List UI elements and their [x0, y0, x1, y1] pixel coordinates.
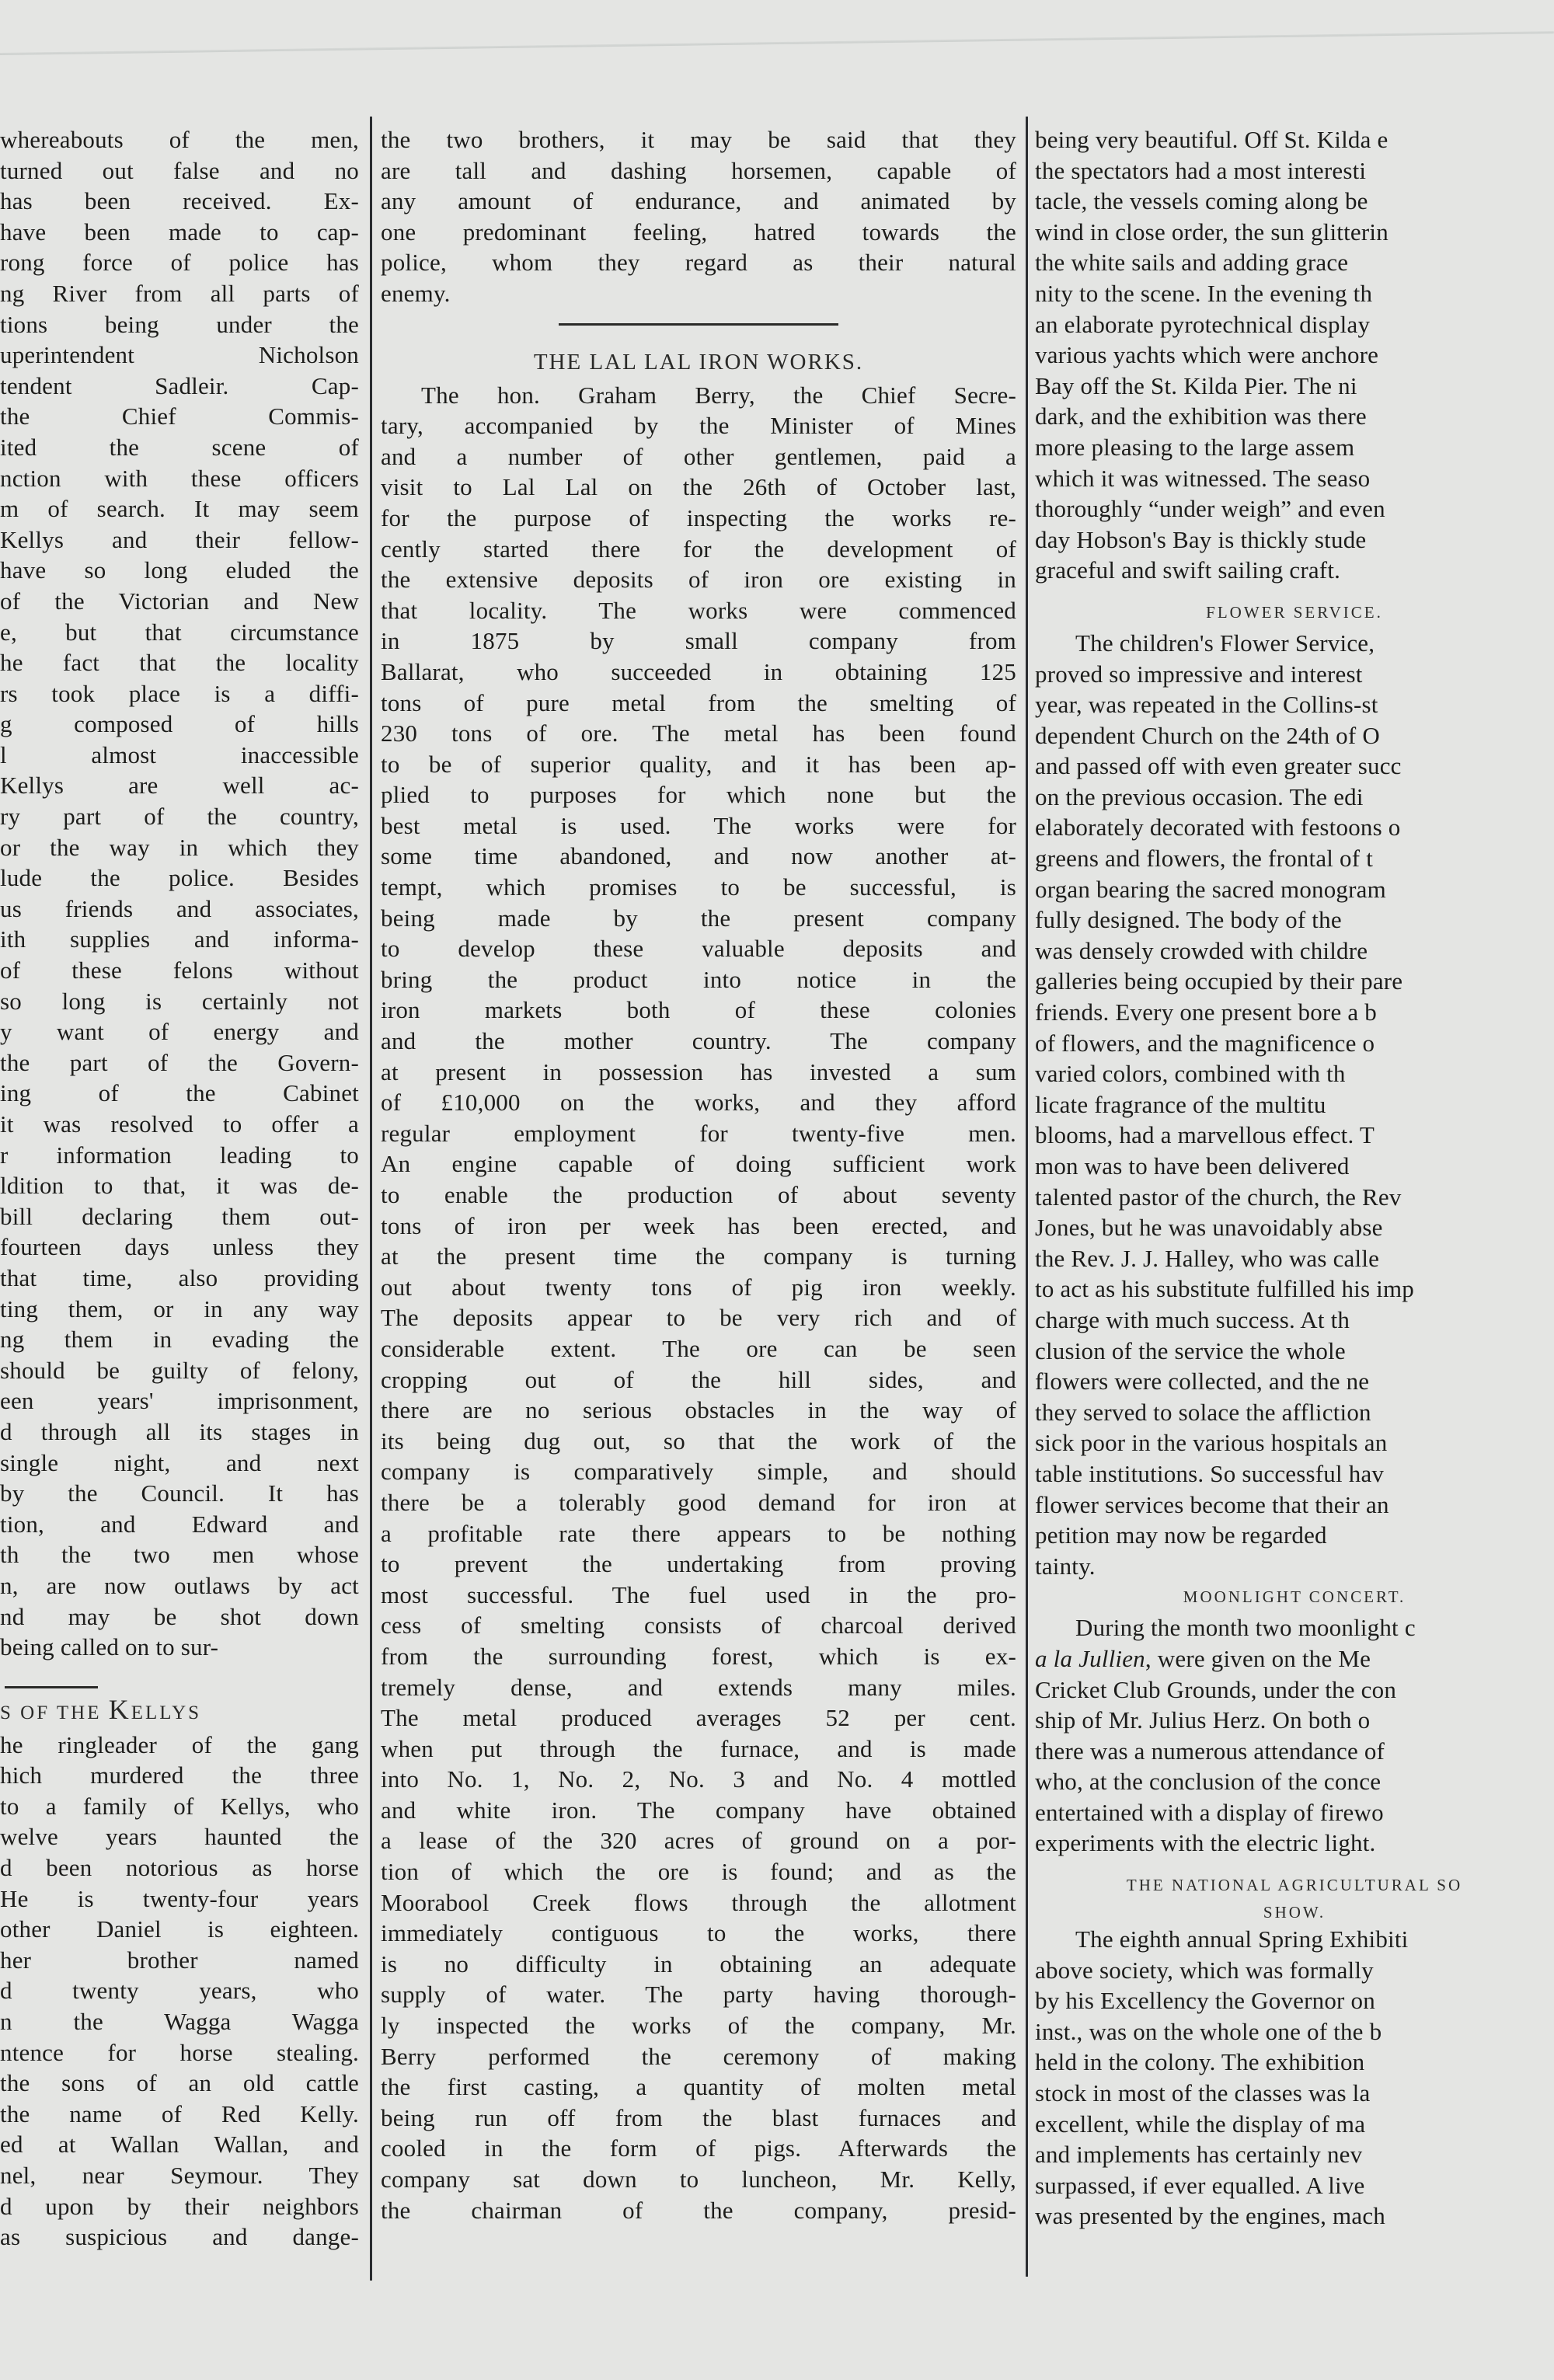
article-line: talented pastor of the church, the Rev [1035, 1182, 1554, 1213]
column-divider-left [370, 117, 372, 2281]
article-line: stock in most of the classes was la [1035, 2078, 1554, 2109]
flower-service-article-body: The children's Flower Service,proved so … [1035, 628, 1554, 1581]
article-line: ed at Wallan Wallan, and [0, 2129, 359, 2160]
article-line: so long is certainly not [0, 986, 359, 1017]
article-line: it was resolved to offer a [0, 1109, 359, 1140]
article-line: more pleasing to the large assem [1035, 432, 1554, 463]
article-line: th the two men whose [0, 1539, 359, 1570]
article-line: day Hobson's Bay is thickly stude [1035, 524, 1554, 556]
article-line: an elaborate pyrotechnical display [1035, 309, 1554, 340]
article-line: to act as his substitute fulfilled his i… [1035, 1274, 1554, 1305]
article-line: above society, which was formally [1035, 1955, 1554, 1986]
paper-fold-line [0, 31, 1554, 55]
article-line: The children's Flower Service, [1035, 628, 1554, 659]
article-line: dark, and the exhibition was there [1035, 401, 1554, 432]
article-line: to develop these valuable deposits and [381, 933, 1016, 964]
article-line: Berry performed the ceremony of making [381, 2041, 1016, 2072]
article-separator-rule [559, 323, 838, 326]
article-line: being made by the present company [381, 903, 1016, 934]
moonlight-concert-article-body: During the month two moonlight c a la Ju… [1035, 1612, 1554, 1859]
article-line: they served to solace the affliction [1035, 1397, 1554, 1428]
article-line: in 1875 by small company from [381, 625, 1016, 657]
article-line: varied colors, combined with th [1035, 1058, 1554, 1089]
article-line: e, but that circumstance [0, 617, 359, 648]
article-line: there was a numerous attendance of [1035, 1736, 1554, 1767]
article-line: any amount of endurance, and animated by [381, 186, 1016, 217]
article-line: ited the scene of [0, 432, 359, 463]
article-line: that locality. The works were commenced [381, 595, 1016, 626]
article-line: to prevent the undertaking from proving [381, 1549, 1016, 1580]
article-line: ith supplies and informa- [0, 924, 359, 955]
article-line: ting them, or in any way [0, 1294, 359, 1325]
article-line: Cricket Club Grounds, under the con [1035, 1674, 1554, 1706]
article-line: a la Jullien, were given on the Me [1035, 1643, 1554, 1674]
article-line: Ballarat, who succeeded in obtaining 125 [381, 657, 1016, 688]
article-line: ldition to that, it was de- [0, 1170, 359, 1201]
article-line: fully designed. The body of the [1035, 904, 1554, 936]
article-line: d twenty years, who [0, 1975, 359, 2006]
article-line: he ringleader of the gang [0, 1730, 359, 1761]
article-line: d upon by their neighbors [0, 2191, 359, 2222]
kellys-article-body: he ringleader of the ganghich murdered t… [0, 1730, 359, 2253]
article-line: 230 tons of ore. The metal has been foun… [381, 718, 1016, 749]
article-line: the Rev. J. J. Halley, who was calle [1035, 1243, 1554, 1274]
article-line: for the purpose of inspecting the works … [381, 503, 1016, 534]
article-line: He is twenty-four years [0, 1883, 359, 1915]
article-line: its being dug out, so that the work of t… [381, 1426, 1016, 1457]
heading-agricultural-show-line2: SHOW. [1035, 1901, 1554, 1924]
article-line: ng River from all parts of [0, 278, 359, 309]
article-line: to be of superior quality, and it has be… [381, 749, 1016, 780]
article-line: the name of Red Kelly. [0, 2099, 359, 2130]
article-line: sick poor in the various hospitals an [1035, 1427, 1554, 1458]
article-line: which it was witnessed. The seaso [1035, 463, 1554, 494]
article-line: being very beautiful. Off St. Kilda e [1035, 124, 1554, 155]
article-line: nity to the scene. In the evening th [1035, 278, 1554, 309]
article-line: of flowers, and the magnificence o [1035, 1028, 1554, 1059]
article-line: The metal produced averages 52 per cent. [381, 1702, 1016, 1734]
article-line: most successful. The fuel used in the pr… [381, 1580, 1016, 1611]
article-line: plied to purposes for which none but the [381, 779, 1016, 810]
article-line: to a family of Kellys, who [0, 1791, 359, 1822]
article-line: on the previous occasion. The edi [1035, 782, 1554, 813]
article-line: various yachts which were anchore [1035, 340, 1554, 371]
article-line: who, at the conclusion of the conce [1035, 1766, 1554, 1797]
article-line: licate fragrance of the multitu [1035, 1089, 1554, 1120]
article-line: the white sails and adding grace [1035, 247, 1554, 278]
article-line: Kellys and their fellow- [0, 524, 359, 556]
article-line: held in the colony. The exhibition [1035, 2047, 1554, 2078]
article-line: welve years haunted the [0, 1821, 359, 1852]
article-line: was densely crowded with childre [1035, 936, 1554, 967]
article-line: tions being under the [0, 309, 359, 340]
article-line: visit to Lal Lal on the 26th of October … [381, 472, 1016, 503]
article-line: experiments with the electric light. [1035, 1828, 1554, 1859]
article-line: ry part of the country, [0, 801, 359, 832]
article-line: have so long eluded the [0, 555, 359, 586]
article-line: there be a tolerably good demand for iro… [381, 1487, 1016, 1518]
article-line: The deposits appear to be very rich and … [381, 1302, 1016, 1333]
article-line: company sat down to luncheon, Mr. Kelly, [381, 2164, 1016, 2195]
article-line: graceful and swift sailing craft. [1035, 555, 1554, 586]
article-line: a profitable rate there appears to be no… [381, 1518, 1016, 1549]
article-line: enemy. [381, 278, 1016, 309]
article-line: flower services become that their an [1035, 1490, 1554, 1521]
article-line: An engine capable of doing sufficient wo… [381, 1148, 1016, 1180]
article-line: n, are now outlaws by act [0, 1570, 359, 1601]
article-line: police, whom they regard as their natura… [381, 247, 1016, 278]
article-line: the sons of an old cattle [0, 2068, 359, 2099]
middle-column: the two brothers, it may be said that th… [381, 124, 1016, 2225]
article-line: of these felons without [0, 955, 359, 986]
article-line: n the Wagga Wagga [0, 2006, 359, 2037]
article-line: greens and flowers, the frontal of t [1035, 843, 1554, 874]
article-line: Bay off the St. Kilda Pier. The ni [1035, 371, 1554, 402]
article-line: The hon. Graham Berry, the Chief Secre- [381, 380, 1016, 411]
article-line: g composed of hills [0, 709, 359, 740]
article-line: to enable the production of about sevent… [381, 1180, 1016, 1211]
iron-works-article-body: The hon. Graham Berry, the Chief Secre-t… [381, 380, 1016, 2226]
article-line: l almost inaccessible [0, 740, 359, 771]
article-line: was presented by the engines, mach [1035, 2201, 1554, 2232]
article-line: other Daniel is eighteen. [0, 1914, 359, 1945]
article-line: of £10,000 on the works, and they afford [381, 1087, 1016, 1118]
article-line: have been made to cap- [0, 217, 359, 248]
article-line: and white iron. The company have obtaine… [381, 1795, 1016, 1826]
article-line: by the Council. It has [0, 1478, 359, 1509]
article-line: tendent Sadleir. Cap- [0, 371, 359, 402]
article-line: table institutions. So successful hav [1035, 1458, 1554, 1490]
article-line: charge with much success. At th [1035, 1305, 1554, 1336]
article-line: best metal is used. The works were for [381, 810, 1016, 842]
left-column: whereabouts of the men,turned out false … [0, 124, 359, 2253]
article-line: tons of pure metal from the smelting of [381, 688, 1016, 719]
article-line: d through all its stages in [0, 1417, 359, 1448]
heading-flower-service: FLOWER SERVICE. [1035, 597, 1554, 628]
article-line: one predominant feeling, hatred towards … [381, 217, 1016, 248]
article-line: being run off from the blast furnaces an… [381, 2103, 1016, 2134]
article-line: should be guilty of felony, [0, 1355, 359, 1386]
article-line: the two brothers, it may be said that th… [381, 124, 1016, 155]
article-line: the Chief Commis- [0, 401, 359, 432]
right-column: being very beautiful. Off St. Kilda ethe… [1035, 124, 1554, 2232]
article-line: the part of the Govern- [0, 1047, 359, 1078]
kellys-article-continuation: the two brothers, it may be said that th… [381, 124, 1016, 309]
article-line: lude the police. Besides [0, 862, 359, 894]
article-line: tainty. [1035, 1551, 1554, 1582]
article-line: bill declaring them out- [0, 1201, 359, 1232]
article-line: elaborately decorated with festoons o [1035, 812, 1554, 843]
article-line: her brother named [0, 1945, 359, 1976]
article-line: proved so impressive and interest [1035, 659, 1554, 690]
article-line: nd may be shot down [0, 1601, 359, 1633]
article-line: y want of energy and [0, 1016, 359, 1047]
article-line: tacle, the vessels coming along be [1035, 186, 1554, 217]
article-line: bring the product into notice in the [381, 964, 1016, 995]
article-line: as suspicious and dange- [0, 2221, 359, 2253]
article-line: the extensive deposits of iron ore exist… [381, 564, 1016, 595]
article-line: immediately contiguous to the works, the… [381, 1918, 1016, 1949]
regatta-article-continuation: being very beautiful. Off St. Kilda ethe… [1035, 124, 1554, 586]
article-line: cently started there for the development… [381, 534, 1016, 565]
article-line: considerable extent. The ore can be seen [381, 1333, 1016, 1364]
article-line: entertained with a display of firewo [1035, 1797, 1554, 1828]
article-line: d been notorious as horse [0, 1852, 359, 1883]
article-line: r information leading to [0, 1140, 359, 1171]
italic-phrase: a la Jullien [1035, 1645, 1145, 1672]
article-line: company is comparatively simple, and sho… [381, 1456, 1016, 1487]
article-line: of the Victorian and New [0, 586, 359, 617]
article-line: inst., was on the whole one of the b [1035, 2016, 1554, 2047]
article-line: nel, near Seymour. They [0, 2160, 359, 2191]
article-line: thoroughly “under weigh” and even [1035, 493, 1554, 524]
section-heading-kellys: S OF THE KELLYS [0, 1693, 359, 1730]
article-line: galleries being occupied by their pare [1035, 966, 1554, 997]
article-line: turned out false and no [0, 155, 359, 186]
article-line: cooled in the form of pigs. Afterwards t… [381, 2133, 1016, 2164]
article-line: being called on to sur- [0, 1632, 359, 1663]
article-line: tempt, which promises to be successful, … [381, 872, 1016, 903]
article-line: the spectators had a most interesti [1035, 155, 1554, 186]
article-line: The eighth annual Spring Exhibiti [1035, 1924, 1554, 1955]
article-line: us friends and associates, [0, 894, 359, 925]
column-divider-right [1026, 117, 1028, 2277]
article-line: tremely dense, and extends many miles. [381, 1672, 1016, 1703]
article-line: and the mother country. The company [381, 1026, 1016, 1057]
article-line: that time, also providing [0, 1263, 359, 1294]
article-line: a lease of the 320 acres of ground on a … [381, 1825, 1016, 1856]
article-line: ntence for horse stealing. [0, 2037, 359, 2068]
article-line: Jones, but he was unavoidably abse [1035, 1212, 1554, 1243]
article-line: Moorabool Creek flows through the allotm… [381, 1887, 1016, 1918]
article-line: cropping out of the hill sides, and [381, 1364, 1016, 1396]
headline-lal-lal-iron-works: THE LAL LAL IRON WORKS. [381, 344, 1016, 380]
article-line: petition may now be regarded [1035, 1520, 1554, 1551]
article-line: when put through the furnace, and is mad… [381, 1734, 1016, 1765]
article-line: iron markets both of these colonies [381, 995, 1016, 1026]
article-line: single night, and next [0, 1448, 359, 1479]
article-line: year, was repeated in the Collins-st [1035, 689, 1554, 720]
article-line: from the surrounding forest, which is ex… [381, 1641, 1016, 1672]
article-line: hich murdered the three [0, 1760, 359, 1791]
heading-moonlight-concert: MOONLIGHT CONCERT. [1035, 1581, 1554, 1612]
article-line: and implements has certainly nev [1035, 2139, 1554, 2170]
article-line: wind in close order, the sun glitterin [1035, 217, 1554, 248]
article-line: tons of iron per week has been erected, … [381, 1211, 1016, 1242]
article-line: m of search. It may seem [0, 493, 359, 524]
heading-agricultural-show-line1: THE NATIONAL AGRICULTURAL SO [1035, 1870, 1554, 1901]
article-line: dependent Church on the 24th of O [1035, 720, 1554, 751]
article-line: at the present time the company is turni… [381, 1241, 1016, 1272]
left-column-article-body: whereabouts of the men,turned out false … [0, 124, 359, 1663]
article-line: During the month two moonlight c [1035, 1612, 1554, 1643]
article-line: and passed off with even greater succ [1035, 751, 1554, 782]
article-line: rs took place is a diffi- [0, 678, 359, 709]
article-line: out about twenty tons of pig iron weekly… [381, 1272, 1016, 1303]
article-line: ly inspected the works of the company, M… [381, 2010, 1016, 2041]
article-line: has been received. Ex- [0, 186, 359, 217]
article-line: the first casting, a quantity of molten … [381, 2072, 1016, 2103]
article-line: tion, and Edward and [0, 1509, 359, 1540]
article-line: ing of the Cabinet [0, 1078, 359, 1109]
agricultural-show-article-body: The eighth annual Spring Exhibitiabove s… [1035, 1924, 1554, 2232]
article-line: are tall and dashing horsemen, capable o… [381, 155, 1016, 186]
article-line: flowers were collected, and the ne [1035, 1366, 1554, 1397]
section-divider [5, 1686, 98, 1688]
article-line: fourteen days unless they [0, 1232, 359, 1263]
article-line: ng them in evading the [0, 1324, 359, 1355]
article-line: supply of water. The party having thorou… [381, 1979, 1016, 2010]
article-line: surpassed, if ever equalled. A live [1035, 2170, 1554, 2201]
article-line: ship of Mr. Julius Herz. On both o [1035, 1705, 1554, 1736]
article-line: excellent, while the display of ma [1035, 2109, 1554, 2140]
article-line: organ bearing the sacred monogram [1035, 874, 1554, 905]
article-line: mon was to have been delivered [1035, 1151, 1554, 1182]
article-line: cess of smelting consists of charcoal de… [381, 1610, 1016, 1641]
article-line: some time abandoned, and now another at- [381, 841, 1016, 872]
article-line: een years' imprisonment, [0, 1385, 359, 1417]
article-line: he fact that the locality [0, 647, 359, 678]
article-line: there are no serious obstacles in the wa… [381, 1395, 1016, 1426]
article-line: blooms, had a marvellous effect. T [1035, 1120, 1554, 1151]
article-line: tion of which the ore is found; and as t… [381, 1856, 1016, 1887]
article-line: friends. Every one present bore a b [1035, 997, 1554, 1028]
article-line: rong force of police has [0, 247, 359, 278]
article-line: uperintendent Nicholson [0, 340, 359, 371]
article-line: nction with these officers [0, 463, 359, 494]
article-line: regular employment for twenty-five men. [381, 1118, 1016, 1149]
article-line: clusion of the service the whole [1035, 1336, 1554, 1367]
article-line: is no difficulty in obtaining an adequat… [381, 1949, 1016, 1980]
article-line: whereabouts of the men, [0, 124, 359, 155]
article-line: at present in possession has invested a … [381, 1057, 1016, 1088]
article-line: by his Excellency the Governor on [1035, 1985, 1554, 2016]
article-line: and a number of other gentlemen, paid a [381, 441, 1016, 472]
article-line: into No. 1, No. 2, No. 3 and No. 4 mottl… [381, 1764, 1016, 1795]
article-line: the chairman of the company, presid- [381, 2195, 1016, 2226]
article-line: tary, accompanied by the Minister of Min… [381, 410, 1016, 441]
article-line: or the way in which they [0, 832, 359, 863]
article-line: Kellys are well ac- [0, 770, 359, 801]
